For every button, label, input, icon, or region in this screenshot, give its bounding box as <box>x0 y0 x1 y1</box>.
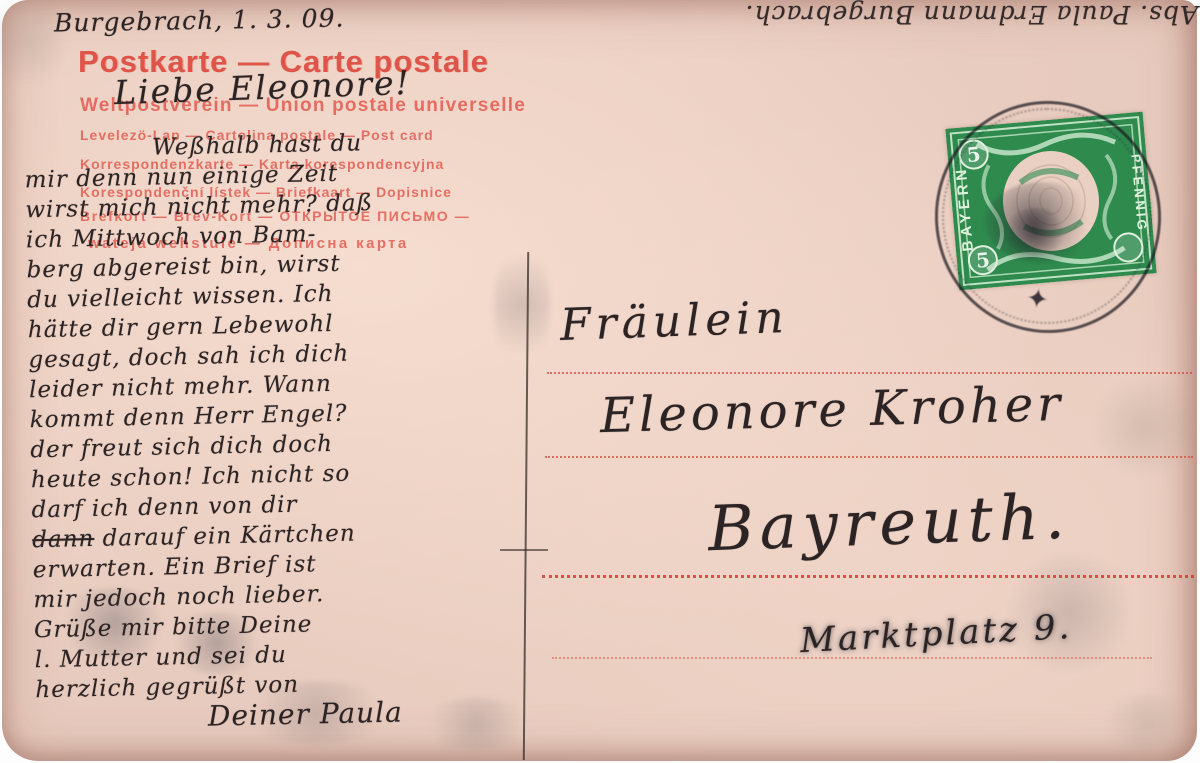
date-line: Burgebrach, 1. 3. 09. <box>54 3 345 37</box>
message-line-rest: darauf ein Kärtchen <box>94 520 356 551</box>
address-rule <box>542 575 1194 578</box>
message-block: Weßhalb hast du mir denn nun einige Zeit… <box>24 125 541 735</box>
postmark-star: ✦ <box>1024 283 1051 317</box>
stain <box>1097 695 1197 750</box>
sender-line-inverted: Abs. Paula Erdmann Burgebrach. <box>500 0 1198 29</box>
address-honorific: Fräulein <box>559 292 789 351</box>
address-rule <box>547 372 1192 374</box>
address-street: Marktplatz 9. <box>799 607 1073 661</box>
postmark-ink-smudge <box>1004 208 1066 256</box>
address-rule <box>545 456 1193 458</box>
stain <box>0 0 62 95</box>
address-name: Eleonore Kroher <box>599 376 1064 444</box>
stain <box>1087 380 1200 475</box>
struck-word: dann <box>32 526 95 553</box>
signature: Deiner Paula <box>208 695 542 732</box>
scanned-postcard: Postkarte — Carte postale Weltpostverein… <box>0 0 1200 763</box>
postcard-back: Postkarte — Carte postale Weltpostverein… <box>2 0 1197 761</box>
address-city: Bayreuth. <box>707 480 1072 566</box>
